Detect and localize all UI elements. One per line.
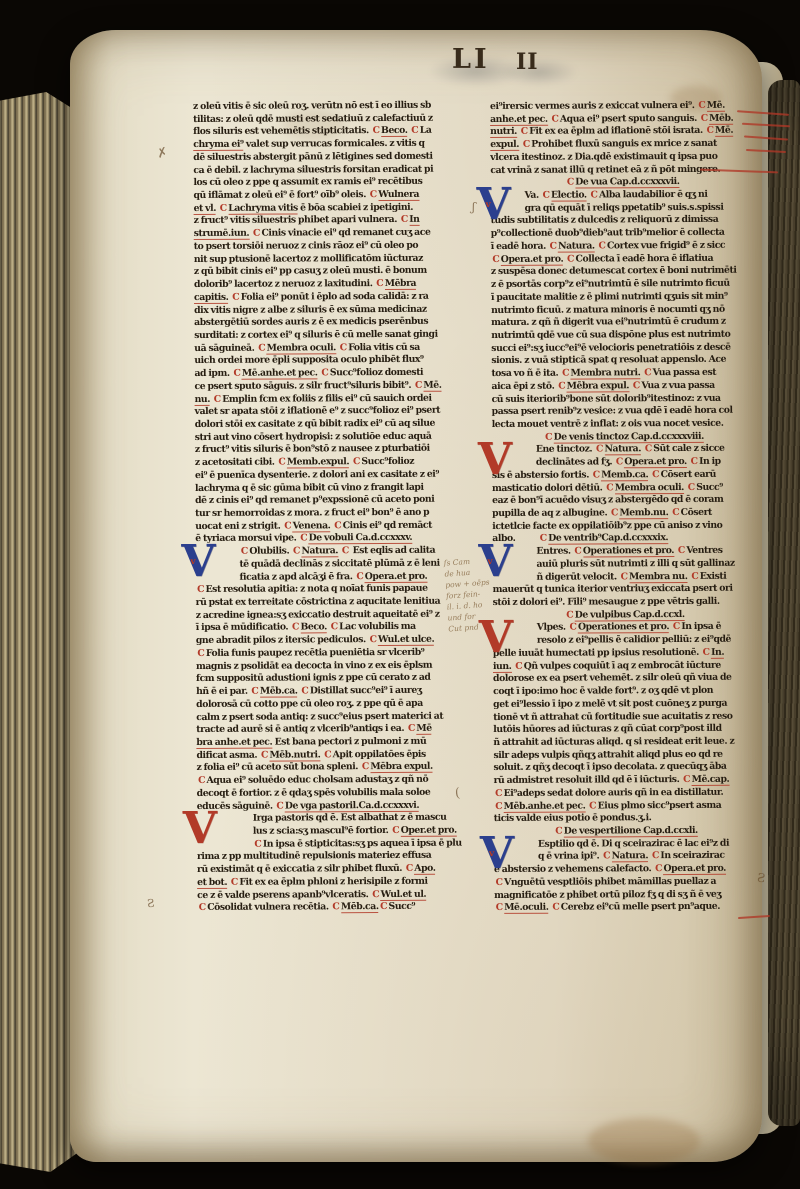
capitulum-mark: C — [602, 851, 612, 862]
capitulum-mark: C — [565, 177, 575, 188]
capitulum-mark: C — [573, 546, 583, 557]
rubricated-text: In — [409, 214, 419, 226]
rubricated-text: Natura. — [301, 545, 338, 557]
text-line: lus z scia:sʒ mascul⁹ē fortior. COper.et… — [197, 824, 489, 838]
rubricated-text: Mēbra expul. — [370, 761, 433, 773]
capitulum-mark: C — [375, 278, 385, 289]
text-line: lecta mouet ventrē z inflat: z ois vua n… — [492, 418, 756, 432]
rubricated-text: In. — [711, 647, 724, 659]
rubricated-text: Mēbra expul. — [567, 380, 630, 392]
capitulum-mark: C — [690, 571, 700, 582]
rubricated-text: Lachryma vitis — [228, 202, 298, 214]
text-line: p⁹collectionē duob⁹dieb⁹aut trib⁹melior … — [491, 227, 755, 241]
capitulum-mark: C — [565, 609, 575, 620]
scene: LI II z oleū vitis ē sic oleū roʒ. verūt… — [0, 0, 800, 1189]
capitulum-mark: C — [682, 774, 692, 785]
text-line: dolorose ex ea psert vehemēt. z silr ole… — [493, 672, 757, 686]
rubricated-text: Membra nutri. — [571, 367, 641, 379]
illuminated-initial: Vv — [181, 542, 215, 580]
capitulum-mark: C — [299, 533, 309, 544]
capitulum-mark: C — [605, 482, 615, 493]
capitulum-mark: C — [619, 571, 629, 582]
capitulum-mark: C — [519, 126, 529, 137]
rubricated-text: Beco. — [381, 125, 408, 137]
rubricated-text: anhe.et pec. — [490, 113, 548, 125]
capitulum-mark: C — [196, 648, 206, 659]
rubricated-text: Memb.expul. — [287, 456, 349, 468]
handwritten-marginalia: ſs Camde huapow + oēpsforz fein-il. i. d… — [443, 554, 494, 634]
rubricated-text: strumē.iun. — [194, 228, 250, 240]
rubricated-text: Wul.et ulce. — [378, 634, 434, 646]
guide-letter: v — [486, 199, 491, 212]
folio-number-left: LI — [452, 44, 490, 75]
text-column-right: ei⁹irersic vermes auris z exiccat vulner… — [490, 100, 758, 915]
rubricated-text: bra anhe.et pec. — [196, 737, 272, 749]
guide-letter: v — [192, 823, 197, 836]
capitulum-mark: C — [689, 456, 699, 467]
capitulum-mark: C — [291, 546, 301, 557]
rubricated-text: Membra oculi. — [615, 482, 684, 494]
capitulum-mark: C — [250, 686, 260, 697]
capitulum-mark: C — [399, 214, 409, 225]
capitulum-mark: C — [589, 189, 599, 200]
rubricated-text: Beco. — [300, 622, 327, 634]
text-line: CMē.oculi. CCerebz ei⁹cū melle psert pn⁹… — [494, 901, 758, 915]
text-line: rū admistret resoluit illd qd ē ī iūctur… — [494, 774, 758, 788]
stain — [588, 1118, 700, 1164]
capitulum-mark: C — [229, 877, 239, 888]
rubricated-text: De venis tinctoz Cap.d.ccxxxviii. — [554, 431, 704, 444]
capitulum-mark: C — [561, 368, 571, 379]
guide-letter: v — [487, 454, 492, 467]
capitulum-mark: C — [538, 533, 548, 544]
capitulum-mark: C — [591, 469, 601, 480]
rubricated-text: Operationes et pro. — [578, 622, 669, 634]
capitulum-mark: C — [548, 241, 558, 252]
text-line: tosa vo ñ ē ita. CMembra nutri. CVua pas… — [491, 367, 755, 381]
capitulum-mark: C — [391, 825, 401, 836]
rubricated-text: chryma ei⁹ — [193, 139, 243, 151]
capitulum-mark: C — [514, 660, 524, 671]
capitulum-mark: C — [197, 902, 207, 913]
capitulum-mark: C — [491, 254, 501, 265]
capitulum-mark: C — [251, 228, 261, 239]
capitulum-mark: C — [406, 723, 416, 734]
initial-letter: V — [476, 186, 510, 224]
rubricated-text: De vulpibus Cap.d.ccxl. — [575, 609, 685, 622]
guide-letter: v — [489, 848, 494, 861]
capitulum-mark: C — [277, 457, 287, 468]
capitulum-mark: C — [331, 902, 341, 913]
capitulum-mark: C — [323, 749, 333, 760]
capitulum-mark: C — [686, 481, 696, 492]
capitulum-mark: C — [671, 621, 681, 632]
initial-letter: V — [183, 810, 217, 848]
capitulum-mark: C — [379, 901, 389, 912]
capitulum-mark: C — [609, 507, 619, 518]
ink-smudge — [500, 58, 578, 86]
rubricated-text: et vl. — [194, 203, 216, 215]
rubricated-text: De ventrib⁹Cap.d.ccxxxix. — [548, 533, 668, 546]
rubricated-text: Natura. — [612, 851, 649, 863]
capitulum-mark: C — [320, 367, 330, 378]
text-line: vlcera itestinoz. z Dia.qdē existimauit … — [490, 150, 754, 164]
capitulum-mark: C — [643, 444, 653, 455]
capitulum-mark: C — [643, 367, 653, 378]
rubricated-text: Operationes et pro. — [583, 545, 674, 557]
capitulum-mark: C — [554, 826, 564, 837]
rubricated-text: Electio. — [551, 190, 587, 202]
fore-edge — [768, 80, 800, 1126]
guide-letter: v — [488, 632, 493, 645]
rubricated-text: nutri. — [490, 126, 517, 138]
capitulum-mark: C — [494, 800, 504, 811]
rubricated-text: expul. — [490, 139, 519, 151]
capitulum-mark: C — [257, 342, 267, 353]
rubricated-text: De vobuli Ca.d.ccxxxv. — [309, 532, 413, 545]
capitulum-mark: C — [671, 507, 681, 518]
capitulum-mark: C — [650, 851, 660, 862]
text-line: CMēb.anhe.et pec. CEius plmo sicc⁹psert … — [494, 799, 758, 813]
capitulum-mark: C — [651, 469, 661, 480]
capitulum-mark: C — [368, 189, 378, 200]
rubricated-text: Wulnera — [378, 189, 419, 201]
capitulum-mark: C — [551, 902, 561, 913]
rubricated-text: Natura. — [558, 240, 595, 252]
folio-number-right: II — [516, 49, 539, 75]
capitulum-mark: C — [360, 761, 370, 772]
book-photo: { "page": { "folio": { "left_numeral": "… — [0, 0, 800, 1189]
capitulum-mark: C — [197, 775, 207, 786]
capitulum-mark: C — [290, 622, 300, 633]
capitulum-mark: C — [329, 622, 339, 633]
text-line: auiū pluris sūt nutrimti z illi q sūt ga… — [492, 557, 756, 571]
rubricated-text: Opera.et pro. — [365, 570, 428, 582]
text-line: CCōsolidat vulnera recētia. CMēb.ca.CSuc… — [197, 901, 489, 915]
rubricated-text: Mēbra — [385, 278, 416, 290]
rubricated-text: Venena. — [293, 520, 331, 532]
text-line: ñ attrahit ad iūcturas aliqd. q si resid… — [493, 736, 757, 750]
capitulum-mark: C — [253, 838, 263, 849]
pen-mark: Ƨ — [756, 871, 766, 886]
capitulum-mark: C — [676, 545, 686, 556]
capitulum-mark: C — [371, 125, 381, 136]
capitulum-mark: C — [218, 203, 228, 214]
capitulum-mark: C — [283, 520, 293, 531]
rubricated-text: Mēb.ca. — [260, 686, 298, 698]
rubricated-text: Membra oculi. — [267, 342, 336, 354]
text-line: declinātes ad fʒ. COpera.et pro. CIn ip — [492, 456, 756, 470]
rubricated-text: nu. — [195, 393, 210, 405]
capitulum-mark: C — [566, 253, 576, 264]
capitulum-mark: C — [404, 863, 414, 874]
capitulum-mark: C — [340, 545, 350, 556]
capitulum-mark: C — [413, 380, 423, 391]
rubricated-text: Wul.et ul. — [381, 888, 427, 900]
rubricated-text: De vua Cap.d.ccxxxvii. — [575, 176, 679, 189]
text-line: stōi z dolori ei⁹. Fili⁹ mesaugue z ppe … — [493, 596, 757, 610]
illuminated-initial: Vv — [480, 835, 514, 873]
capitulum-mark: C — [550, 113, 560, 124]
rubricated-text: Mēb. — [709, 112, 733, 124]
rubricated-text: Membra nu. — [629, 571, 688, 583]
capitulum-mark: C — [239, 546, 249, 557]
capitulum-mark: C — [597, 240, 607, 251]
text-line: expul. CProhibet fluxū sanguis ex mrice … — [490, 138, 754, 152]
capitulum-mark: C — [333, 520, 343, 531]
capitulum-mark: C — [705, 125, 715, 136]
rubricated-text: Mē.anhe.et pec. — [242, 367, 318, 379]
illuminated-initial: Vv — [183, 810, 217, 848]
text-line: Entres. COperationes et pro. CVentres — [492, 545, 756, 559]
text-line: nutrimtū qdē vue cū sua dispōne plus est… — [491, 329, 755, 343]
illuminated-initial: Vv — [478, 441, 512, 479]
capitulum-mark: C — [494, 902, 504, 913]
rubricated-text: Opera.et pro. — [663, 863, 726, 875]
rubricated-text: Mē — [416, 723, 431, 735]
capitulum-mark: C — [259, 749, 269, 760]
text-line: resolo z ei⁹pellis ē calidior pelliū: z … — [493, 634, 757, 648]
capitulum-mark: C — [544, 431, 554, 442]
initial-letter: V — [181, 542, 215, 580]
illuminated-initial: Vv — [476, 186, 510, 224]
capitulum-mark: C — [521, 139, 531, 150]
capitulum-mark: C — [231, 292, 241, 303]
rubricated-text: Mē. — [707, 100, 725, 112]
rubricated-text: Opera.et pro. — [501, 253, 564, 265]
rubricated-text: Mēb.nutri. — [269, 749, 320, 761]
rubricated-text: Natura. — [604, 444, 641, 456]
rubricated-text: Memb.nu. — [619, 507, 668, 519]
capitulum-mark: C — [588, 800, 598, 811]
initial-letter: V — [478, 441, 512, 479]
rubricated-text: Mē.cap. — [692, 774, 730, 786]
text-line: ī paucitate malitie z ē plimi nutrimti q… — [491, 290, 755, 304]
rubricated-text: Mēb.ca. — [341, 901, 379, 913]
rubricated-text: Mē.oculi. — [504, 902, 548, 914]
capitulum-mark: C — [541, 190, 551, 201]
text-line: CEi⁹adeps sedat dolore auris qñ in ea di… — [494, 786, 758, 800]
capitulum-mark: C — [368, 634, 378, 645]
text-line: z ē psortās corp⁹z ei⁹nutrimtū ē sile nu… — [491, 278, 755, 292]
capitulum-mark: C — [275, 800, 285, 811]
rubricated-text: De vga pastoril.Ca.d.ccxxxvi. — [285, 799, 419, 812]
text-column-left: z oleū vitis ē sic oleū roʒ. verūtn nō e… — [193, 99, 489, 915]
capitulum-mark: C — [697, 100, 707, 111]
text-line: eaz ē bon⁹ī acuēdo visuʒ z abstergēdo qd… — [492, 494, 756, 508]
capitulum-mark: C — [355, 571, 365, 582]
text-line: get ei⁹lessio ī ipo z melē vt sit post c… — [493, 697, 757, 711]
rubricated-text: et bot. — [197, 877, 227, 889]
capitulum-mark: C — [594, 444, 604, 455]
capitulum-mark: C — [631, 380, 641, 391]
rubricated-text: Mē. — [715, 125, 733, 137]
text-line: pelle iuuāt humectati pp ipsius resoluti… — [493, 647, 757, 661]
rubricated-text: Memb.ca. — [601, 469, 648, 481]
capitulum-mark: C — [338, 342, 348, 353]
capitulum-mark: C — [300, 685, 310, 696]
text-line: ei⁹irersic vermes auris z exiccat vulner… — [490, 100, 754, 114]
text-line: ictetlcie facte ex oppilatiōib⁹z ppe cū … — [492, 519, 756, 533]
rubricated-text: Apo. — [414, 863, 435, 875]
capitulum-mark: C — [212, 393, 222, 404]
text-line: ē abstersio z vehemens calefacto. COpera… — [494, 863, 758, 877]
rubricated-text: Oper.et pro. — [401, 825, 457, 837]
rubricated-text: Mēb.anhe.et pec. — [504, 800, 586, 812]
capitulum-mark: C — [494, 788, 504, 799]
capitulum-mark: C — [351, 456, 361, 467]
capitulum-mark: C — [557, 380, 567, 391]
pen-mark: Ƨ — [146, 897, 155, 911]
capitulum-mark: C — [701, 647, 711, 658]
initial-letter: V — [480, 835, 514, 873]
capitulum-mark: C — [699, 113, 709, 124]
rubricated-text: De vespertilione Cap.d.ccxli. — [564, 825, 698, 838]
rubricated-text: Mē. — [423, 380, 441, 392]
rubricated-text: capitis. — [194, 292, 228, 304]
text-line: ī eadē hora. CNatura. CCortex vue frigid… — [491, 240, 755, 254]
rubricated-text: Opera.et pro. — [624, 456, 687, 468]
guide-letter: v — [190, 556, 195, 569]
capitulum-mark: C — [568, 622, 578, 633]
text-line: CIn ipsa ē stipticitas:sʒ ps aquea ī ips… — [197, 837, 489, 851]
capitulum-mark: C — [410, 125, 420, 136]
